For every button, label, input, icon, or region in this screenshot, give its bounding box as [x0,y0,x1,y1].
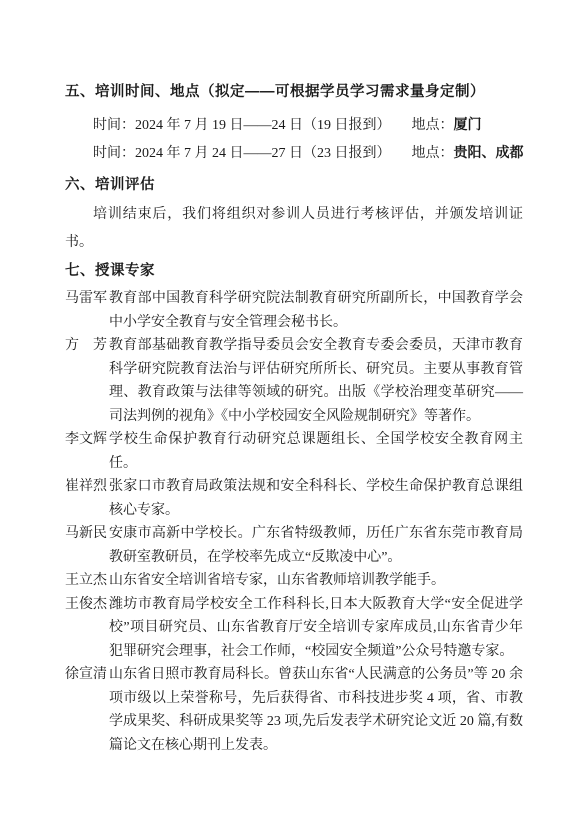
training-schedule: 时间：2024 年 7 月 19 日——24 日（19 日报到）地点：厦门 时间… [65,112,523,168]
expert-item: 王立杰 山东省安全培训省培专家，山东省教师培训教学能手。 [65,569,523,593]
place-label: 地点： [412,118,454,133]
expert-item: 方 芳 教育部基础教育教学指导委员会安全教育专委会委员，天津市教育科学研究院教育… [65,334,523,428]
time-value: 2024 年 7 月 19 日——24 日（19 日报到） [135,118,391,133]
expert-bio: 学校生命保护教育行动研究总课题组长、全国学校安全教育网主任。 [109,428,523,475]
expert-name: 李文辉 [65,428,109,452]
expert-item: 崔祥烈 张家口市教育局政策法规和安全科科长、学校生命保护教育总课组核心专家。 [65,475,523,522]
expert-name: 王俊杰 [65,593,109,617]
section-6-heading: 六、培训评估 [65,177,523,194]
place-value: 厦门 [454,118,482,133]
evaluation-paragraph: 培训结束后，我们将组织对参训人员进行考核评估，并颁发培训证书。 [65,201,523,257]
expert-item: 王俊杰 潍坊市教育局学校安全工作科科长,日本大阪教育大学“安全促进学校”项目研究… [65,593,523,664]
expert-bio: 山东省日照市教育局科长。曾获山东省“人民满意的公务员”等 20 余项市级以上荣誉… [109,663,523,757]
time-label: 时间： [93,118,135,133]
expert-name: 崔祥烈 [65,475,109,499]
expert-name: 徐宣清 [65,663,109,687]
expert-name: 马新民 [65,522,109,546]
document-page: 五、培训时间、地点（拟定——可根据学员学习需求量身定制） 时间：2024 年 7… [0,0,579,819]
place-value: 贵阳、成都 [454,146,524,161]
expert-list: 马雷军 教育部中国教育科学研究院法制教育研究所副所长，中国教育学会中小学安全教育… [65,287,523,757]
expert-item: 徐宣清 山东省日照市教育局科长。曾获山东省“人民满意的公务员”等 20 余项市级… [65,663,523,757]
expert-bio: 张家口市教育局政策法规和安全科科长、学校生命保护教育总课组核心专家。 [109,475,523,522]
expert-name: 马雷军 [65,287,109,311]
expert-item: 马雷军 教育部中国教育科学研究院法制教育研究所副所长，中国教育学会中小学安全教育… [65,287,523,334]
section-5-heading: 五、培训时间、地点（拟定——可根据学员学习需求量身定制） [65,84,523,101]
expert-bio: 安康市高新中学校长。广东省特级教师，历任广东省东莞市教育局教研室教研员，在学校率… [109,522,523,569]
place-label: 地点： [412,146,454,161]
expert-name: 方 芳 [65,334,109,358]
schedule-row: 时间：2024 年 7 月 24 日——27 日（23 日报到）地点：贵阳、成都 [93,140,523,168]
expert-item: 李文辉 学校生命保护教育行动研究总课题组长、全国学校安全教育网主任。 [65,428,523,475]
section-7-heading: 七、授课专家 [65,263,523,280]
time-label: 时间： [93,146,135,161]
time-value: 2024 年 7 月 24 日——27 日（23 日报到） [135,146,391,161]
expert-bio: 山东省安全培训省培专家，山东省教师培训教学能手。 [109,569,523,593]
expert-bio: 教育部基础教育教学指导委员会安全教育专委会委员，天津市教育科学研究院教育法治与评… [109,334,523,428]
expert-item: 马新民 安康市高新中学校长。广东省特级教师，历任广东省东莞市教育局教研室教研员，… [65,522,523,569]
expert-bio: 教育部中国教育科学研究院法制教育研究所副所长，中国教育学会中小学安全教育与安全管… [109,287,523,334]
expert-name: 王立杰 [65,569,109,593]
expert-bio: 潍坊市教育局学校安全工作科科长,日本大阪教育大学“安全促进学校”项目研究员、山东… [109,593,523,664]
schedule-row: 时间：2024 年 7 月 19 日——24 日（19 日报到）地点：厦门 [93,112,523,140]
